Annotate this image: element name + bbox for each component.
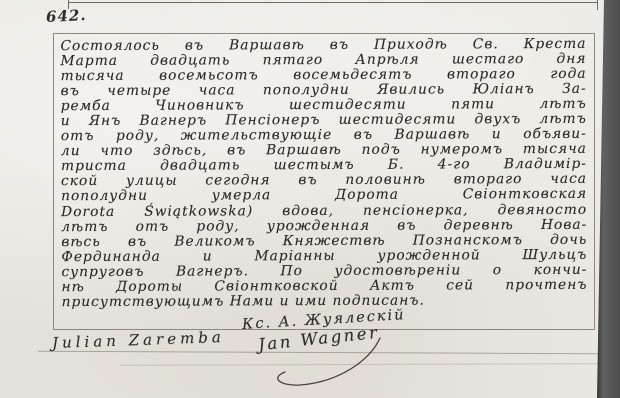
signature-registrar: Julian Zaremba — [52, 328, 225, 352]
signature-flourish-stroke — [230, 330, 410, 390]
act-line: присутствующимъ Нами и ими подписанъ. — [62, 293, 588, 310]
record-number: 642. — [46, 6, 87, 26]
scanned-death-record-page: 642. Состоялось въ Варшавѣ въ Приходѣ Св… — [0, 0, 620, 398]
previous-record-frame-right-tick — [597, 0, 598, 10]
previous-record-frame-bottom-line — [68, 2, 598, 3]
act-text-block: Состоялось въ Варшавѣ въ Приходѣ Св. Кре… — [60, 37, 587, 310]
act-text-frame: Состоялось въ Варшавѣ въ Приходѣ Св. Кре… — [53, 33, 595, 330]
scanner-dark-edge — [596, 0, 620, 398]
